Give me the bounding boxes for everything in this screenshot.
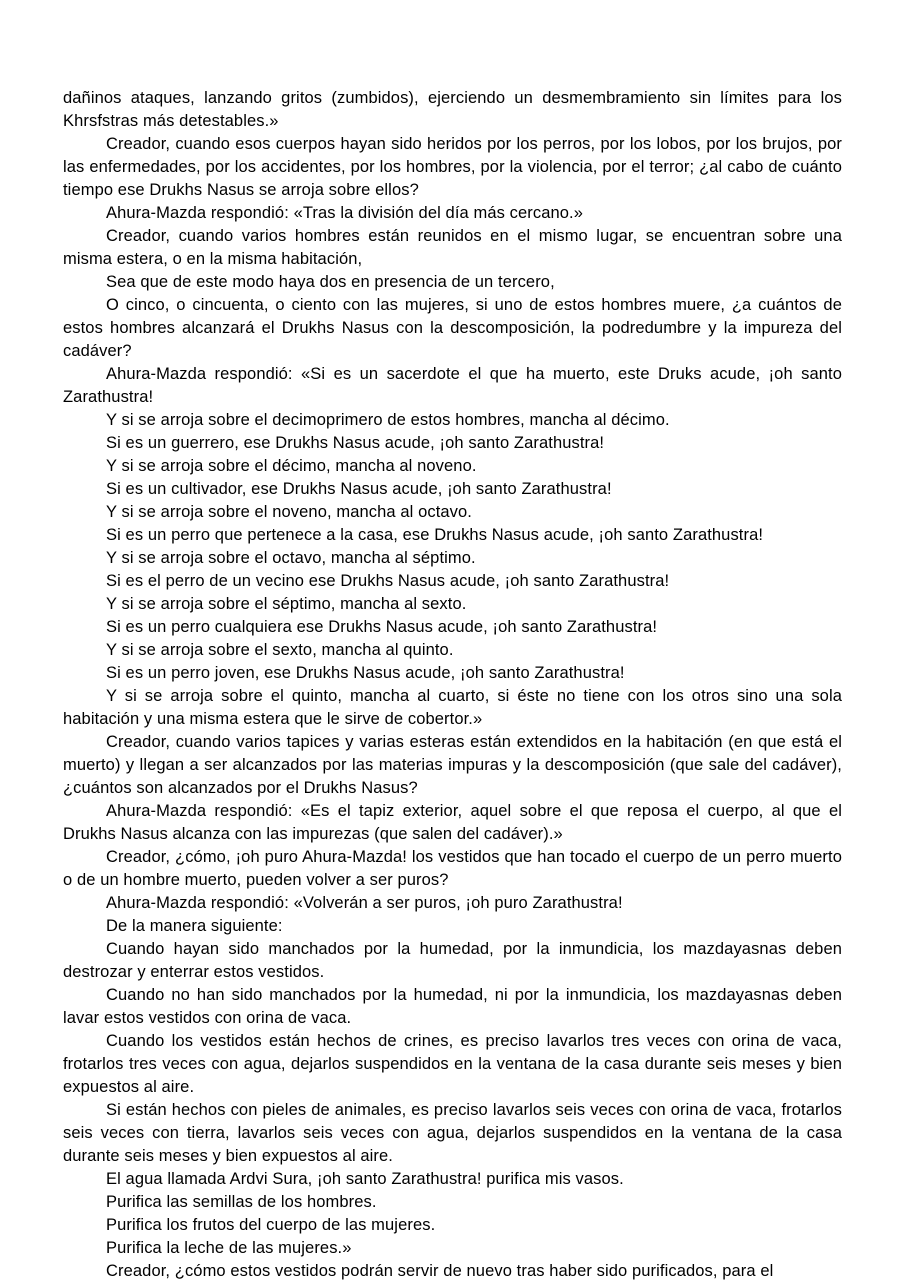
paragraph: Creador, cuando varios hombres están reu…	[63, 225, 842, 271]
paragraph: Sea que de este modo haya dos en presenc…	[63, 271, 842, 294]
paragraph: Creador, cuando varios tapices y varias …	[63, 731, 842, 800]
document-page: dañinos ataques, lanzando gritos (zumbid…	[0, 0, 905, 1280]
paragraph: Ahura-Mazda respondió: «Es el tapiz exte…	[63, 800, 842, 846]
paragraph: Si es un guerrero, ese Drukhs Nasus acud…	[63, 432, 842, 455]
paragraph: Ahura-Mazda respondió: «Si es un sacerdo…	[63, 363, 842, 409]
paragraph: Purifica la leche de las mujeres.»	[63, 1237, 842, 1260]
paragraph: Creador, cuando esos cuerpos hayan sido …	[63, 133, 842, 202]
paragraph: Y si se arroja sobre el decimoprimero de…	[63, 409, 842, 432]
paragraph: Y si se arroja sobre el quinto, mancha a…	[63, 685, 842, 731]
paragraph: Cuando no han sido manchados por la hume…	[63, 984, 842, 1030]
paragraph: Cuando hayan sido manchados por la humed…	[63, 938, 842, 984]
paragraph: Ahura-Mazda respondió: «Tras la división…	[63, 202, 842, 225]
paragraph: Si es un cultivador, ese Drukhs Nasus ac…	[63, 478, 842, 501]
paragraph: Purifica los frutos del cuerpo de las mu…	[63, 1214, 842, 1237]
paragraph: Cuando los vestidos están hechos de crin…	[63, 1030, 842, 1099]
paragraph: Si es el perro de un vecino ese Drukhs N…	[63, 570, 842, 593]
paragraph: Creador, ¿cómo estos vestidos podrán ser…	[63, 1260, 842, 1280]
paragraph: O cinco, o cincuenta, o ciento con las m…	[63, 294, 842, 363]
paragraph: Ahura-Mazda respondió: «Volverán a ser p…	[63, 892, 842, 915]
paragraph: Y si se arroja sobre el décimo, mancha a…	[63, 455, 842, 478]
paragraph: Y si se arroja sobre el séptimo, mancha …	[63, 593, 842, 616]
paragraph: Si es un perro joven, ese Drukhs Nasus a…	[63, 662, 842, 685]
paragraph: Creador, ¿cómo, ¡oh puro Ahura-Mazda! lo…	[63, 846, 842, 892]
paragraph: Y si se arroja sobre el sexto, mancha al…	[63, 639, 842, 662]
paragraph: Si están hechos con pieles de animales, …	[63, 1099, 842, 1168]
paragraph: Purifica las semillas de los hombres.	[63, 1191, 842, 1214]
text-block: dañinos ataques, lanzando gritos (zumbid…	[63, 87, 842, 1280]
paragraph: Si es un perro cualquiera ese Drukhs Nas…	[63, 616, 842, 639]
paragraph: Y si se arroja sobre el octavo, mancha a…	[63, 547, 842, 570]
paragraph: Si es un perro que pertenece a la casa, …	[63, 524, 842, 547]
paragraph: De la manera siguiente:	[63, 915, 842, 938]
paragraph: dañinos ataques, lanzando gritos (zumbid…	[63, 87, 842, 133]
paragraph: Y si se arroja sobre el noveno, mancha a…	[63, 501, 842, 524]
paragraph: El agua llamada Ardvi Sura, ¡oh santo Za…	[63, 1168, 842, 1191]
